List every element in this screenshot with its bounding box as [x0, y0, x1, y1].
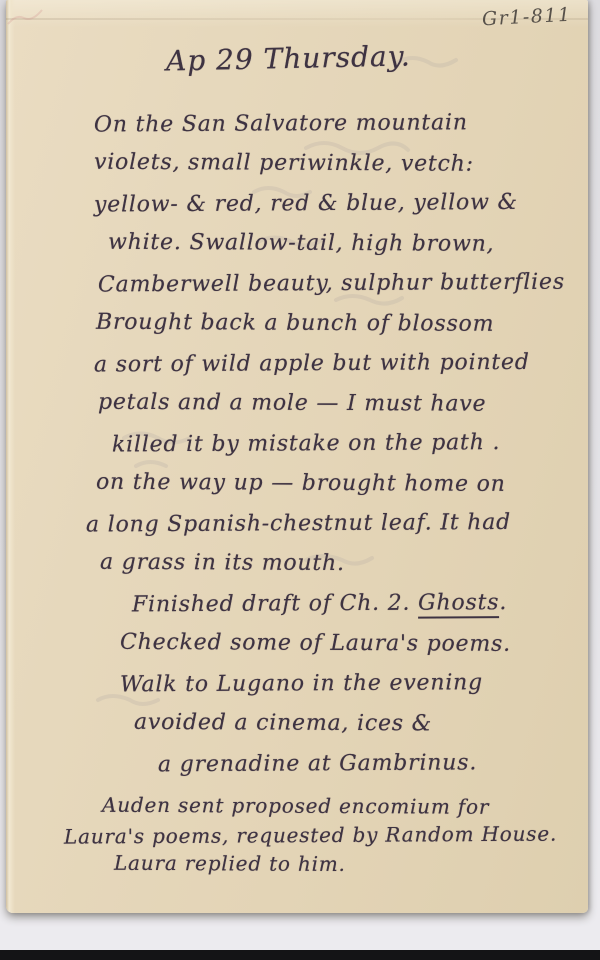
entry-body: On the San Salvatore mountain violets, s… — [6, 104, 588, 879]
manuscript-line: petals and a mole — I must have — [98, 383, 588, 426]
scanner-bottom-bar — [0, 950, 600, 960]
manuscript-line: Camberwell beauty, sulphur butterflies — [98, 263, 588, 306]
manuscript-line: Finished draft of Ch. 2. Ghosts. — [132, 583, 588, 626]
manuscript-line: avoided a cinema, ices & — [134, 703, 588, 745]
manuscript-line: a long Spanish-chestnut leaf. It had — [86, 502, 588, 545]
manuscript-line: yellow- & red, red & blue, yellow & — [94, 182, 588, 225]
manuscript-line: Auden sent proposed encomium for — [102, 791, 588, 823]
manuscript-line: On the San Salvatore mountain — [94, 102, 588, 145]
entry-date-heading: Ap 29 Thursday. — [166, 39, 411, 77]
manuscript-line: Walk to Lugano in the evening — [120, 663, 588, 706]
manuscript-line: a sort of wild apple but with pointed — [94, 342, 588, 385]
manuscript-line: killed it by mistake on the path . — [112, 423, 588, 466]
manuscript-line: Laura's poems, requested by Random House… — [64, 819, 588, 851]
manuscript-line: Brought back a bunch of blossom — [96, 303, 588, 346]
scanned-page: Gr1-811 Ap 29 Thursday. On the San Salva… — [0, 0, 600, 960]
manuscript-sheet: Gr1-811 Ap 29 Thursday. On the San Salva… — [6, 0, 588, 913]
catalog-number: Gr1-811 — [482, 4, 573, 31]
manuscript-line: violets, small periwinkle, vetch: — [94, 143, 588, 186]
manuscript-line: on the way up — brought home on — [96, 463, 588, 506]
underlined-word: Ghosts — [418, 590, 499, 618]
manuscript-line: white. Swallow-tail, high brown, — [108, 223, 588, 266]
manuscript-line: Checked some of Laura's poems. — [120, 623, 588, 665]
manuscript-line: a grass in its mouth. — [100, 543, 588, 586]
red-mark — [6, 4, 46, 34]
manuscript-line: Laura replied to him. — [114, 849, 588, 880]
manuscript-line: a grenadine at Gambrinus. — [158, 743, 588, 786]
